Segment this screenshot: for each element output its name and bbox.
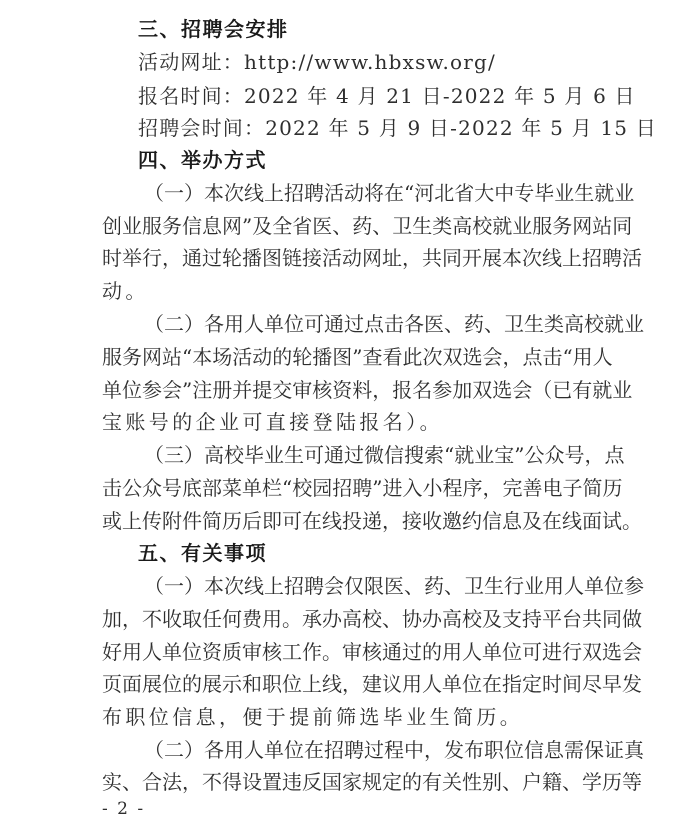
paragraph-line: 加，不收取任何费用。承办高校、协办高校及支持平台共同做	[102, 603, 597, 635]
paragraph-line: 单位参会”注册并提交审核资料，报名参加双选会（已有就业	[102, 374, 597, 406]
section-heading-method: 四、举办方式	[138, 144, 638, 176]
paragraph-line: （一）本次线上招聘活动将在“河北省大中专毕业生就业	[144, 177, 597, 209]
paragraph-line: 动。	[102, 275, 602, 307]
registration-time-line: 报名时间：2022 年 4 月 21 日-2022 年 5 月 6 日	[138, 80, 638, 112]
paragraph-line: （二）各用人单位可通过点击各医、药、卫生类高校就业	[144, 308, 597, 340]
document-page: 三、招聘会安排 活动网址：http://www.hbxsw.org/ 报名时间：…	[0, 0, 700, 827]
paragraph-line: 服务网站“本场活动的轮播图”查看此次双选会，点击“用人	[102, 341, 597, 373]
paragraph-line: 页面展位的展示和职位上线，建议用人单位在指定时间尽早发	[102, 668, 597, 700]
paragraph-line: 创业服务信息网”及全省医、药、卫生类高校就业服务网站同	[102, 210, 597, 242]
paragraph-line: （一）本次线上招聘会仅限医、药、卫生行业用人单位参	[144, 570, 597, 602]
paragraph-line: 好用人单位资质审核工作。审核通过的用人单位可进行双选会	[102, 636, 597, 668]
paragraph-line: 实、合法，不得设置违反国家规定的有关性别、户籍、学历等	[102, 766, 597, 798]
page-number: - 2 -	[102, 796, 145, 822]
section-heading-arrangement: 三、招聘会安排	[138, 13, 638, 45]
paragraph-line: （二）各用人单位在招聘过程中，发布职位信息需保证真	[144, 734, 597, 766]
paragraph-line: 宝账号的企业可直接登陆报名）。	[102, 406, 602, 438]
paragraph-line: （三）高校毕业生可通过微信搜索“就业宝”公众号，点	[144, 439, 597, 471]
fair-time-line: 招聘会时间：2022 年 5 月 9 日-2022 年 5 月 15 日	[138, 112, 638, 144]
paragraph-line: 布职位信息，便于提前筛选毕业生简历。	[102, 701, 602, 733]
paragraph-line: 时举行，通过轮播图链接活动网址，共同开展本次线上招聘活	[102, 242, 597, 274]
paragraph-line: 或上传附件简历后即可在线投递，接收邀约信息及在线面试。	[102, 505, 597, 537]
paragraph-line: 击公众号底部菜单栏“校园招聘”进入小程序，完善电子简历	[102, 472, 597, 504]
section-heading-notes: 五、有关事项	[138, 537, 638, 569]
activity-url-line: 活动网址：http://www.hbxsw.org/	[138, 46, 638, 78]
